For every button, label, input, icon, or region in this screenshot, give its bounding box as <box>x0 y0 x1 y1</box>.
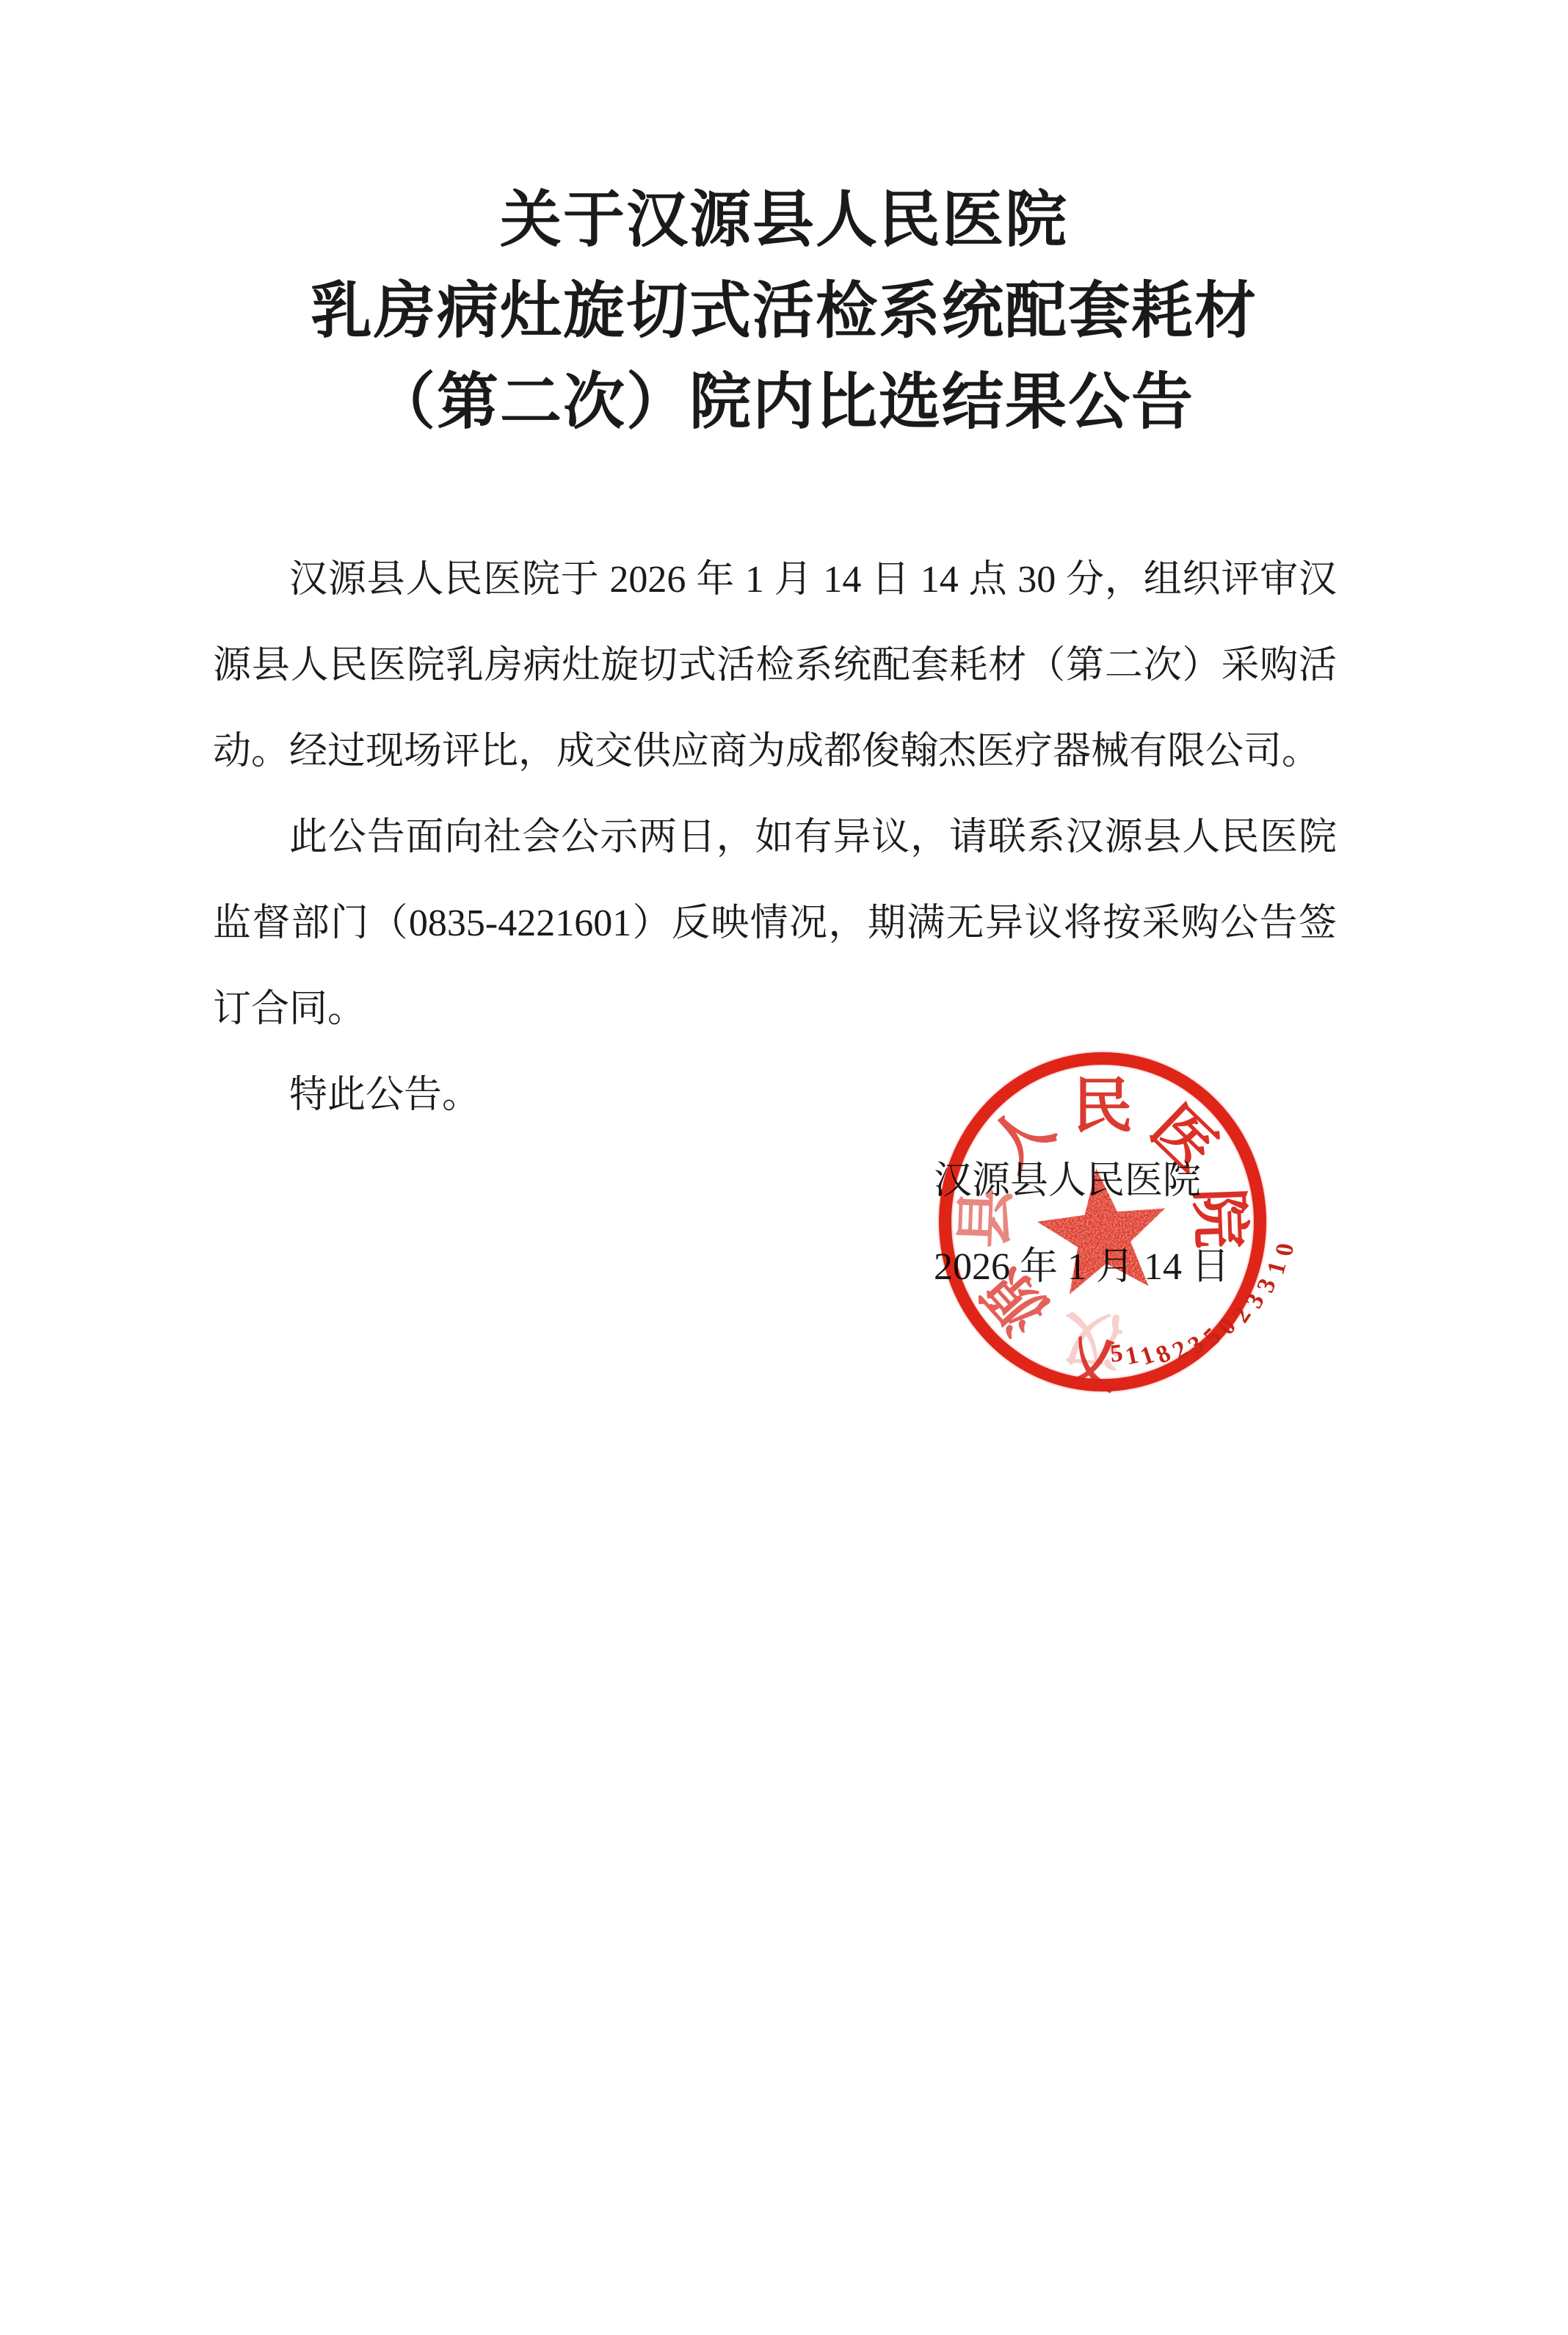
seal-serial-digit: 3 <box>1176 1325 1217 1366</box>
document-title: 关于汉源县人民医院 乳房病灶旋切式活检系统配套耗材 （第二次）院内比选结果公告 <box>0 175 1568 449</box>
paragraph-2: 此公告面向社会公示两日，如有异议，请联系汉源县人民医院监督部门（0835-422… <box>213 794 1337 1052</box>
seal-ring-char: 汉 <box>1056 1299 1134 1378</box>
seal-serial-digit: 0 <box>1269 1233 1302 1266</box>
document-body: 汉源县人民医院于 2026 年 1 月 14 日 14 点 30 分，组织评审汉… <box>213 537 1337 1138</box>
seal-serial-digit: 5 <box>1191 1317 1233 1358</box>
seal-bottom-mark: 乂 <box>1056 1312 1129 1405</box>
seal-serial-digit: 3 <box>1248 1267 1286 1305</box>
seal-serial-digit: 2 <box>1160 1331 1200 1371</box>
document-page: 关于汉源县人民医院 乳房病灶旋切式活检系统配套耗材 （第二次）院内比选结果公告 … <box>0 0 1568 2335</box>
paragraph-1: 汉源县人民医院于 2026 年 1 月 14 日 14 点 30 分，组织评审汉… <box>213 537 1337 794</box>
title-line-2: 乳房病灶旋切式活检系统配套耗材 <box>0 267 1568 358</box>
seal-serial-digit: 3 <box>1235 1281 1275 1321</box>
seal-serial-digit: 1 <box>1129 1338 1166 1375</box>
seal-serial-digit: 1 <box>1260 1250 1296 1286</box>
closing-line: 特此公告。 <box>213 1052 1337 1138</box>
seal-serial-digit: 5 <box>1100 1338 1133 1370</box>
seal-serial-digit: 8 <box>1144 1335 1183 1374</box>
seal-serial-digit: 0 <box>1207 1306 1248 1347</box>
title-line-3: （第二次）院内比选结果公告 <box>0 358 1568 449</box>
seal-serial-digit: 1 <box>1114 1339 1150 1374</box>
signature-block: 汉源县人民医院 2026 年 1 月 14 日 <box>934 1138 1230 1310</box>
title-line-1: 关于汉源县人民医院 <box>0 175 1568 267</box>
signature-org: 汉源县人民医院 <box>934 1138 1230 1224</box>
signature-date: 2026 年 1 月 14 日 <box>934 1224 1230 1310</box>
